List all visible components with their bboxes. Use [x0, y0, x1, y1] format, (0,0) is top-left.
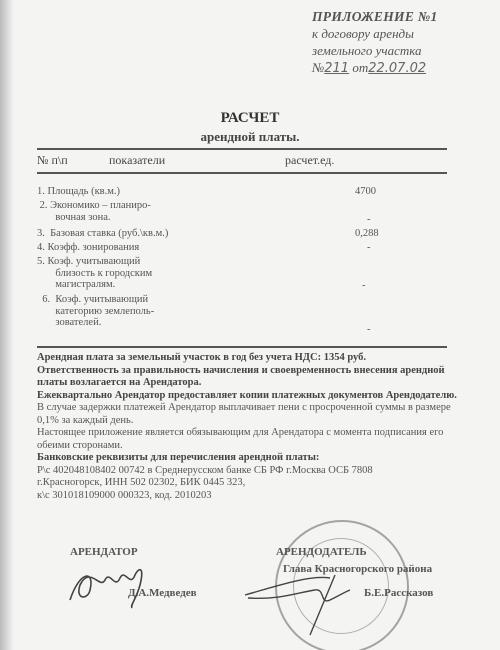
number-prefix: №: [312, 60, 324, 75]
table-top-rule: [37, 148, 447, 150]
bank-inn-line: г.Красногорск, ИНН 502 02302, БИК 0445 3…: [37, 477, 467, 490]
row-label: 3. Базовая ставка (руб.\кв.м.): [37, 228, 168, 240]
appendix-line2: земельного участка: [312, 42, 497, 59]
row-value: -: [367, 324, 371, 336]
tenant-label: АРЕНДАТОР: [70, 546, 138, 558]
appendix-header: ПРИЛОЖЕНИЕ №1 к договору аренды земельно…: [312, 8, 497, 77]
landlord-label: АРЕНДОДАТЕЛЬ: [276, 546, 367, 558]
row-label: 1. Площадь (кв.м.): [37, 186, 120, 198]
table-header-rule: [37, 172, 447, 174]
header-number: № п\п: [37, 153, 68, 168]
quarterly-clause: Ежеквартально Арендатор предоставляет ко…: [37, 390, 467, 403]
appendix-number-line: №211 от22.07.02: [312, 59, 497, 77]
scan-edge-shadow: [0, 0, 14, 650]
bank-corr-account-line: к\с 301018109000 000323, код. 2010203: [37, 490, 467, 503]
landlord-name: Б.Е.Рассказов: [364, 587, 433, 599]
bank-details-heading: Банковские реквизиты для перечисления ар…: [37, 452, 467, 465]
appendix-title: ПРИЛОЖЕНИЕ №1: [312, 8, 497, 25]
row-value: 4700: [355, 186, 376, 198]
bank-account-line: Р\с 402048108402 00742 в Среднерусском б…: [37, 465, 467, 478]
row-label: 5. Коэф. учитывающий близость к городски…: [37, 256, 152, 291]
row-value: -: [362, 280, 366, 292]
row-label: 2. Экономико – планиро- вочная зона.: [37, 200, 151, 223]
contract-date: 22.07.02: [368, 61, 426, 76]
penalty-clause: В случае задержки платежей Арендатор вып…: [37, 402, 467, 427]
row-label: 6. Коэф. учитывающий категорию землеполь…: [37, 294, 154, 329]
contract-number: 211: [324, 61, 349, 76]
landlord-signature-icon: [240, 570, 370, 640]
page-subtitle: арендной платы.: [0, 129, 500, 145]
binding-clause: Настоящее приложение является обязывающи…: [37, 427, 467, 452]
terms-section: Арендная плата за земельный участок в го…: [37, 352, 467, 502]
page-title: РАСЧЕТ: [0, 110, 500, 127]
date-prefix: от: [352, 60, 368, 75]
row-value: -: [367, 214, 371, 226]
responsibility-clause: Ответственность за правильность начислен…: [37, 365, 467, 390]
header-calc-unit: расчет.ед.: [285, 153, 334, 168]
header-indicators: показатели: [109, 153, 165, 168]
appendix-line1: к договору аренды: [312, 25, 497, 42]
table-bottom-rule: [37, 346, 447, 348]
row-value: -: [367, 242, 371, 254]
annual-rent: Арендная плата за земельный участок в го…: [37, 352, 467, 365]
tenant-signature-icon: [60, 560, 160, 610]
row-value: 0,288: [355, 228, 379, 240]
row-label: 4. Коэфф. зонирования: [37, 242, 139, 254]
